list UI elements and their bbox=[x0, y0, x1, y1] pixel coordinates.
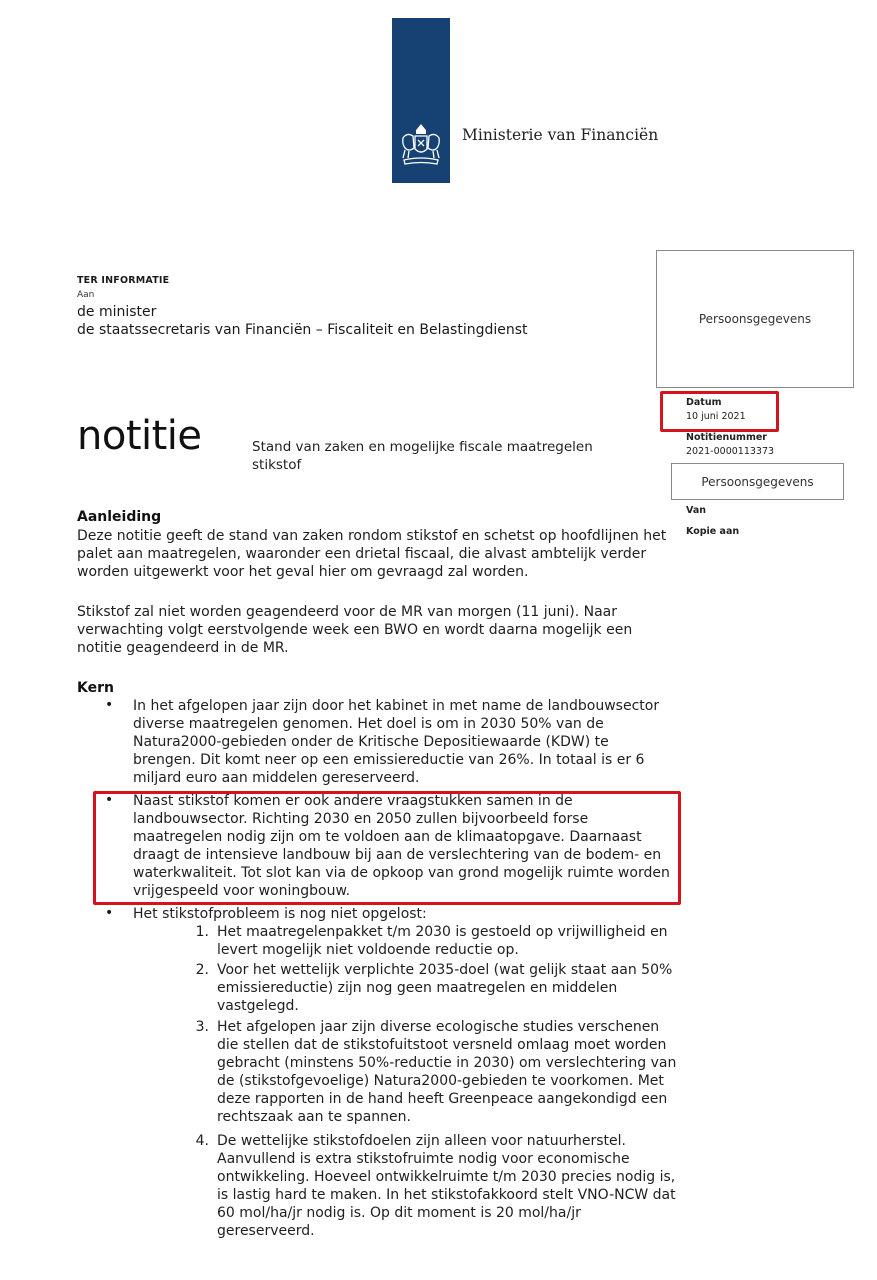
notitienummer-value: 2021-0000113373 bbox=[686, 446, 774, 457]
bullet-icon: • bbox=[105, 697, 113, 713]
coat-of-arms-icon bbox=[399, 122, 443, 172]
classification-label: TER INFORMATIE bbox=[77, 275, 169, 286]
recipient-staatssecretaris: de staatssecretaris van Financiën – Fisc… bbox=[77, 322, 528, 338]
redacted-personal-data-box: Persoonsgegevens bbox=[656, 250, 854, 388]
kern-bullet-3: Het stikstofprobleem is nog niet opgelos… bbox=[133, 905, 673, 923]
list-number: 2. bbox=[187, 961, 209, 979]
kern-bullet-2: Naast stikstof komen er ook andere vraag… bbox=[133, 792, 673, 900]
document-subject: Stand van zaken en mogelijke fiscale maa… bbox=[252, 438, 632, 474]
recipient-minister: de minister bbox=[77, 304, 156, 320]
list-number: 1. bbox=[187, 923, 209, 941]
aanleiding-paragraph-1: Deze notitie geeft de stand van zaken ro… bbox=[77, 527, 667, 581]
numbered-item-3: Het afgelopen jaar zijn diverse ecologis… bbox=[217, 1018, 677, 1126]
list-number: 3. bbox=[187, 1018, 209, 1036]
document-type-title: notitie bbox=[77, 412, 202, 460]
numbered-item-1: Het maatregelenpakket t/m 2030 is gestoe… bbox=[217, 923, 677, 959]
bullet-icon: • bbox=[105, 792, 113, 808]
ministry-logo-bar bbox=[392, 18, 450, 183]
redacted-sender-box: Persoonsgegevens bbox=[671, 463, 844, 500]
redacted-label: Persoonsgegevens bbox=[699, 312, 811, 326]
section-heading-kern: Kern bbox=[77, 680, 114, 696]
datum-label: Datum bbox=[686, 397, 722, 408]
datum-value: 10 juni 2021 bbox=[686, 411, 746, 422]
numbered-item-4: De wettelijke stikstofdoelen zijn alleen… bbox=[217, 1132, 677, 1240]
numbered-item-2: Voor het wettelijk verplichte 2035-doel … bbox=[217, 961, 677, 1015]
bullet-icon: • bbox=[105, 905, 113, 921]
notitienummer-label: Notitienummer bbox=[686, 432, 767, 443]
kopie-aan-label: Kopie aan bbox=[686, 526, 739, 537]
redacted-label: Persoonsgegevens bbox=[701, 475, 813, 489]
list-number: 4. bbox=[187, 1132, 209, 1150]
aanleiding-paragraph-2: Stikstof zal niet worden geagendeerd voo… bbox=[77, 603, 667, 657]
section-heading-aanleiding: Aanleiding bbox=[77, 509, 161, 525]
van-label: Van bbox=[686, 505, 706, 516]
ministry-name: Ministerie van Financiën bbox=[462, 126, 658, 144]
aan-label: Aan bbox=[77, 290, 94, 300]
kern-bullet-1: In het afgelopen jaar zijn door het kabi… bbox=[133, 697, 673, 787]
